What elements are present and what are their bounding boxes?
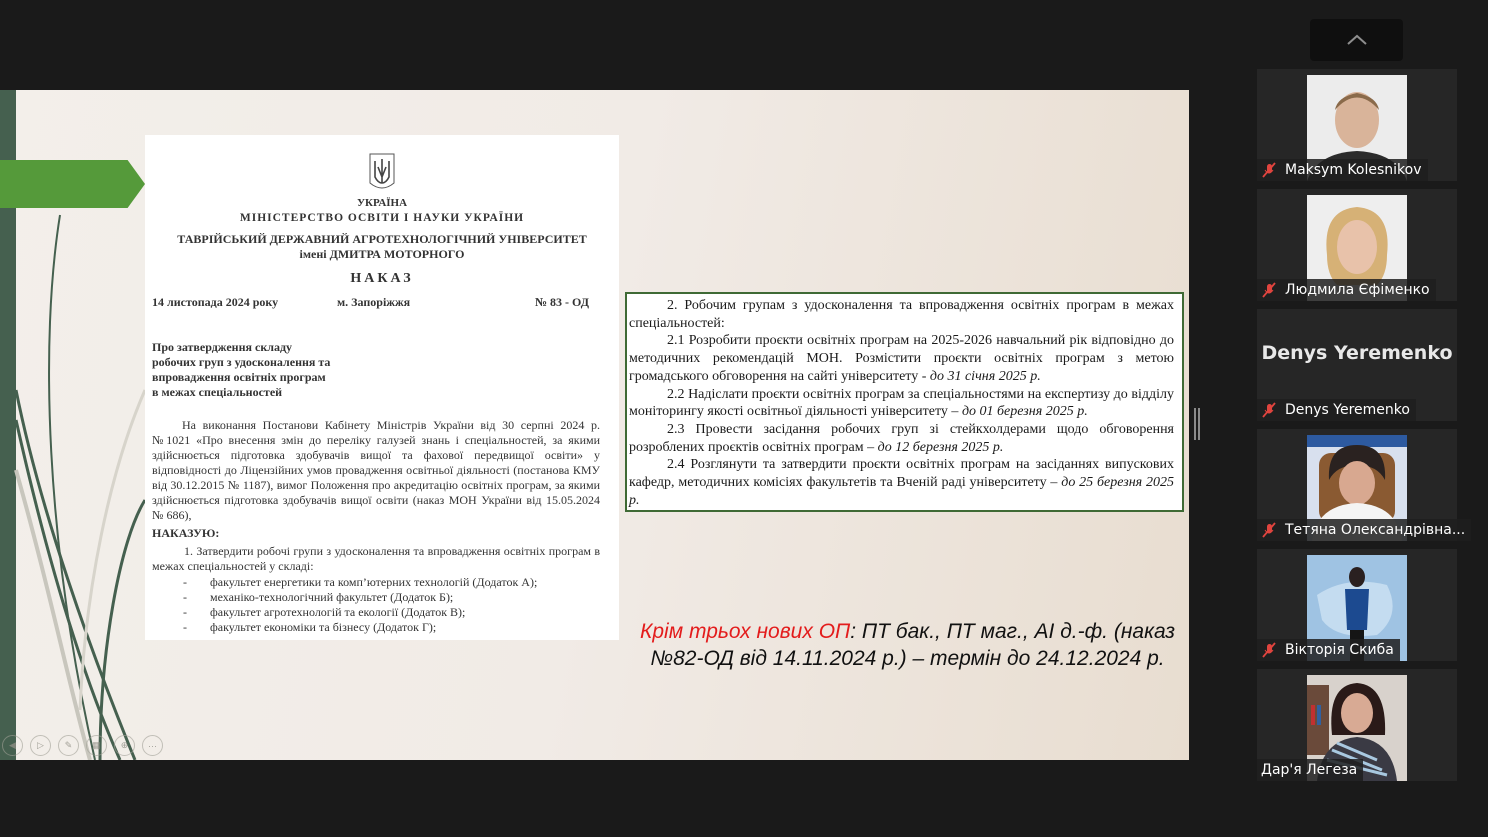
doc-university-name: імені ДМИТРА МОТОРНОГО xyxy=(145,247,619,262)
more-icon[interactable]: ··· xyxy=(142,735,163,756)
slideshow-controls: ◀ ▷ ✎ ▦ ⊕ ··· xyxy=(2,735,163,756)
collapse-gallery-button[interactable] xyxy=(1310,19,1403,61)
participant-name-label: Людмила Єфіменко xyxy=(1257,279,1436,301)
doc-order-word: НАКАЗУЮ: xyxy=(152,526,219,541)
pen-icon[interactable]: ✎ xyxy=(58,735,79,756)
participant-name-label: Denys Yeremenko xyxy=(1257,399,1416,421)
task-2-2: 2.2 Надіслати проєкти освітніх програм з… xyxy=(629,386,1174,421)
participant-tile[interactable]: Дар'я Легеза xyxy=(1257,669,1457,781)
participant-name-label: Тетяна Олександрівна... xyxy=(1257,519,1471,541)
shared-screen-slide: УКРАЇНА МІНІСТЕРСТВО ОСВІТИ І НАУКИ УКРА… xyxy=(0,90,1189,760)
trident-coat-of-arms-icon xyxy=(369,153,395,193)
participant-name-label: Дар'я Легеза xyxy=(1257,759,1363,781)
muted-mic-icon xyxy=(1261,162,1277,178)
participant-name-label: Maksym Kolesnikov xyxy=(1257,159,1428,181)
doc-preamble: На виконання Постанови Кабінету Міністрі… xyxy=(152,418,600,523)
task-2-1: 2.1 Розробити проєкти освітніх програм н… xyxy=(629,332,1174,385)
tasks-highlight-box: 2. Робочим групам з удосконалення та впр… xyxy=(625,292,1184,512)
doc-item-1: 1. Затвердити робочі групи з удосконален… xyxy=(152,544,600,574)
doc-faculty-item: факультет агротехнологій та екології (До… xyxy=(210,605,465,620)
task-2-4: 2.4 Розглянути та затвердити проєкти осв… xyxy=(629,456,1174,509)
doc-faculty-item: факультет енергетики та комп’ютерних тех… xyxy=(210,575,537,590)
doc-subject-line: Про затвердження складу xyxy=(152,340,292,355)
doc-university: ТАВРІЙСЬКИЙ ДЕРЖАВНИЙ АГРОТЕХНОЛОГІЧНИЙ … xyxy=(145,232,619,247)
zoom-icon[interactable]: ⊕ xyxy=(114,735,135,756)
slides-icon[interactable]: ▦ xyxy=(86,735,107,756)
muted-mic-icon xyxy=(1261,402,1277,418)
next-icon[interactable]: ▷ xyxy=(30,735,51,756)
note-highlight: Крім трьох нових ОП xyxy=(640,620,850,643)
doc-subject-line: робочих груп з удосконалення та xyxy=(152,355,330,370)
muted-mic-icon xyxy=(1261,282,1277,298)
participant-tile[interactable]: Denys Yeremenko Denys Yeremenko xyxy=(1257,309,1457,421)
order-document-image: УКРАЇНА МІНІСТЕРСТВО ОСВІТИ І НАУКИ УКРА… xyxy=(145,135,619,640)
doc-country: УКРАЇНА xyxy=(145,197,619,209)
previous-icon[interactable]: ◀ xyxy=(2,735,23,756)
doc-faculty-item: механіко-технологічний факультет (Додато… xyxy=(210,590,453,605)
participant-tile[interactable]: Тетяна Олександрівна... xyxy=(1257,429,1457,541)
participant-tile[interactable]: Вікторія Скиба xyxy=(1257,549,1457,661)
doc-subject-line: в межах спеціальностей xyxy=(152,385,282,400)
doc-faculty-item: факультет економіки та бізнесу (Додаток … xyxy=(210,620,436,635)
doc-city: м. Запоріжжя xyxy=(337,295,410,310)
doc-ministry: МІНІСТЕРСТВО ОСВІТИ І НАУКИ УКРАЇНИ xyxy=(145,212,619,224)
muted-mic-icon xyxy=(1261,522,1277,538)
doc-date: 14 листопада 2024 року xyxy=(152,295,278,310)
muted-mic-icon xyxy=(1261,642,1277,658)
slide-note: Крім трьох нових ОП: ПТ бак., ПТ маг., А… xyxy=(640,618,1175,672)
doc-subject-line: впровадження освітніх програм xyxy=(152,370,326,385)
chevron-up-icon xyxy=(1346,34,1368,46)
participant-tile[interactable]: Людмила Єфіменко xyxy=(1257,189,1457,301)
panel-resize-handle[interactable] xyxy=(1194,408,1200,440)
title-banner xyxy=(0,160,145,208)
participant-name-label: Вікторія Скиба xyxy=(1257,639,1400,661)
task-2-3: 2.3 Провести засідання робочих груп зі с… xyxy=(629,421,1174,456)
participant-tile[interactable]: Maksym Kolesnikov xyxy=(1257,69,1457,181)
participant-display-name: Denys Yeremenko xyxy=(1257,342,1457,364)
doc-type: НАКАЗ xyxy=(145,271,619,287)
task-2: 2. Робочим групам з удосконалення та впр… xyxy=(629,297,1174,332)
doc-number: № 83 - ОД xyxy=(535,295,589,310)
